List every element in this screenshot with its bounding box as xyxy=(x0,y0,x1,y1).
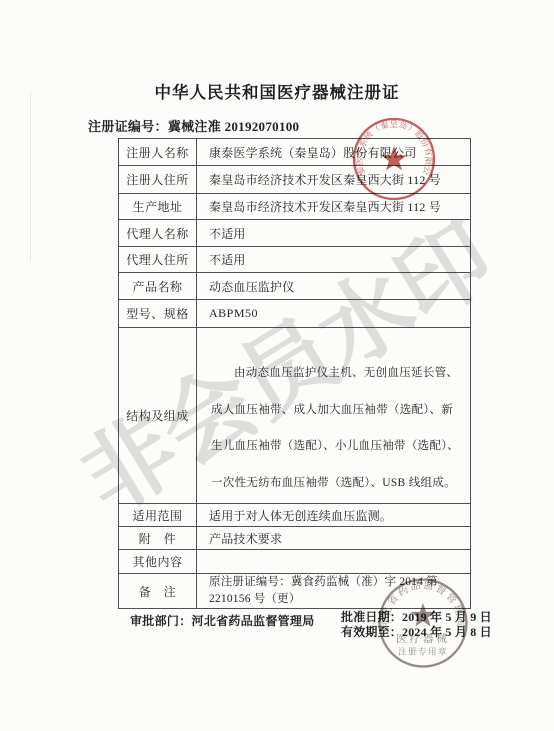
row-value: 适用于对人体无创连续血压监测。 xyxy=(197,504,470,526)
table-row-registrant-address: 注册人住所 秦皇岛市经济技术开发区秦皇西大街 112 号 xyxy=(119,165,470,193)
row-label: 型号、规格 xyxy=(119,300,197,327)
row-label: 适用范围 xyxy=(119,504,197,526)
table-row-scope-of-application: 适用范围 适用于对人体无创连续血压监测。 xyxy=(119,503,470,526)
approval-date-label: 批准日期： xyxy=(341,610,402,624)
row-label: 注册人住所 xyxy=(119,166,197,193)
certificate-page: 中华人民共和国医疗器械注册证 注册证编号：冀械注准 20192070100 注册… xyxy=(0,0,554,731)
table-row-agent-name: 代理人名称 不适用 xyxy=(119,219,470,246)
row-value: 由动态血压监护仪主机、无创血压延长管、成人血压袖带、成人加大血压袖带（选配）、新… xyxy=(197,328,470,503)
row-value: ABPM50 xyxy=(197,300,470,327)
table-row-other-content: 其他内容 xyxy=(119,549,470,573)
row-value: 康泰医学系统（秦皇岛）股份有限公司 xyxy=(197,139,470,165)
row-value: 原注册证编号：冀食药监械（准）字 2014 第 2210156 号（更） xyxy=(197,574,470,608)
approval-department-label: 审批部门： xyxy=(130,614,192,628)
row-label: 代理人住所 xyxy=(119,247,197,272)
authority-seal-line2: 注册专用章 xyxy=(398,647,448,657)
registration-number-label: 注册证编号： xyxy=(88,119,168,134)
registration-number-value: 冀械注准 20192070100 xyxy=(168,119,300,134)
valid-until-value: 2024 年 5 月 8 日 xyxy=(402,625,492,639)
table-row-production-address: 生产地址 秦皇岛市经济技术开发区秦皇西大街 112 号 xyxy=(119,193,470,219)
table-row-remark: 备 注 原注册证编号：冀食药监械（准）字 2014 第 2210156 号（更） xyxy=(119,573,470,608)
table-row-structure-composition: 结构及组成 由动态血压监护仪主机、无创血压延长管、成人血压袖带、成人加大血压袖带… xyxy=(119,327,470,503)
row-label: 代理人名称 xyxy=(119,220,197,246)
row-value: 不适用 xyxy=(197,247,470,272)
row-label: 其他内容 xyxy=(119,550,197,573)
table-row-registrant-name: 注册人名称 康泰医学系统（秦皇岛）股份有限公司 xyxy=(119,139,470,165)
row-label: 结构及组成 xyxy=(119,328,197,503)
page-title: 中华人民共和国医疗器械注册证 xyxy=(0,79,554,103)
certificate-table: 注册人名称 康泰医学系统（秦皇岛）股份有限公司 注册人住所 秦皇岛市经济技术开发… xyxy=(118,138,471,609)
row-value: 秦皇岛市经济技术开发区秦皇西大街 112 号 xyxy=(197,194,470,219)
row-value xyxy=(197,550,470,573)
approval-date-value: 2019 年 5 月 9 日 xyxy=(402,610,492,624)
dates-block: 批准日期：2019 年 5 月 9 日 有效期至：2024 年 5 月 8 日 xyxy=(341,610,492,639)
row-label: 附 件 xyxy=(119,527,197,549)
table-row-product-name: 产品名称 动态血压监护仪 xyxy=(119,272,470,299)
approval-department-value: 河北省药品监督管理局 xyxy=(192,614,315,628)
row-value: 动态血压监护仪 xyxy=(197,273,470,299)
row-label: 备 注 xyxy=(119,574,197,608)
row-label: 生产地址 xyxy=(119,194,197,219)
approval-date-line: 批准日期：2019 年 5 月 9 日 xyxy=(341,610,492,625)
row-label: 产品名称 xyxy=(119,273,197,299)
row-value: 不适用 xyxy=(197,220,470,246)
valid-until-label: 有效期至： xyxy=(341,625,402,639)
row-label: 注册人名称 xyxy=(119,139,197,165)
table-row-attachment: 附 件 产品技术要求 xyxy=(119,526,470,549)
row-value: 秦皇岛市经济技术开发区秦皇西大街 112 号 xyxy=(197,166,470,193)
table-row-agent-address: 代理人住所 不适用 xyxy=(119,246,470,272)
table-row-model-spec: 型号、规格 ABPM50 xyxy=(119,299,470,327)
valid-until-line: 有效期至：2024 年 5 月 8 日 xyxy=(341,625,492,640)
approval-department-line: 审批部门：河北省药品监督管理局 xyxy=(130,612,315,629)
registration-number-line: 注册证编号：冀械注准 20192070100 xyxy=(88,116,299,135)
scan-crease-line xyxy=(30,92,31,262)
row-value: 产品技术要求 xyxy=(197,527,470,549)
